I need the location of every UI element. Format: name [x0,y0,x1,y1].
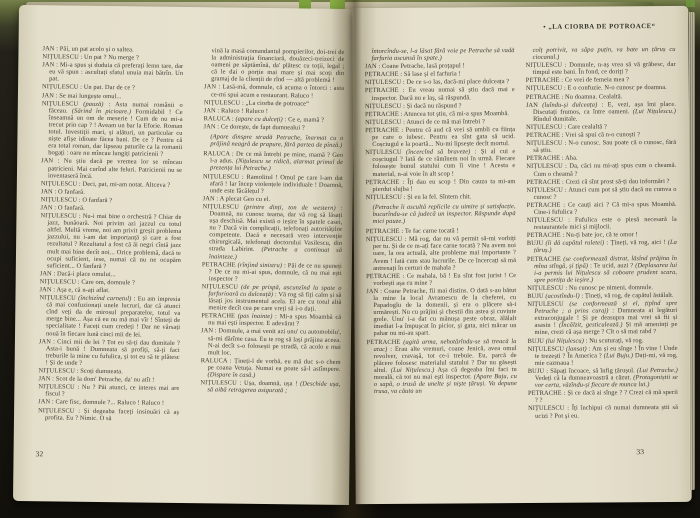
dialogue-paragraph: RALUCA : De ce mă întrebi pe mine, mamă … [203,150,343,173]
dialogue-paragraph: BUJU (acostîndu-l) : Țineți, vă rog, de … [527,292,677,300]
page-number-right: 33 [636,447,644,456]
dialogue-paragraph: PETRACHE : Să lase și el farfuria ! [365,70,515,78]
page-stack-right-edge [689,12,695,490]
bookmark-tab [686,0,695,7]
dialogue-paragraph: NIȚULESCU : Și eu la fel. Sîntem chit. [366,193,516,201]
dialogue-paragraph: vină la masă comandantul pompierilor, do… [204,47,344,84]
dialogue-paragraph: JAN (luîndu-și dulceața) : E, vezi, așa … [526,101,676,123]
dialogue-paragraph: PETRACHE : Ce mahala, bă ! Eu sînt fost … [366,272,516,287]
dialogue-paragraph: NIȚULESCU (printre dinți, ton de western… [202,203,343,261]
dialogue-paragraph: BUJU : Săpați încoace, să înfig țărușul.… [528,367,678,389]
bookmark-tab [330,0,345,9]
dialogue-paragraph: PETRACHE : Ce cauți aici ? Că mi-a spus … [527,201,677,216]
dialogue-paragraph: NIȚULESCU : Atunci de ce mă mai întrebi … [365,118,515,126]
dialogue-paragraph: BUJU (lui Nițulescu) : Nu scuturați, vă … [528,336,678,344]
dialogue-paragraph: PETRACHE : Ce vrei de femeia mea ? [526,76,676,84]
page-number-left: 32 [36,449,44,458]
dialogue-paragraph: NIȚULESCU : Ramolitul ! Omul pe care l-a… [203,173,343,196]
dialogue-paragraph: PETRACHE : Pentru că aud că vrei să umbl… [365,126,515,148]
dialogue-paragraph: PETRACHE : Nu-ți bate joc, că te omor ! [527,231,677,239]
running-header: • „LA CIORBA DE POTROACE“ [520,23,678,31]
dialogue-paragraph: NIȚULESCU : De ce s-o las, dacă-mi place… [365,78,515,86]
dialogue-paragraph: PETRACHE : Îți dau eu scop ! Din cauza t… [365,178,515,193]
dialogue-paragraph: colț potrivit, va săpa puțin, va bate un… [526,46,676,61]
dialogue-paragraph: NIȚULESCU (închizînd carnetul) : Eu am i… [39,294,181,338]
dialogue-paragraph: NIȚULESCU : Nu cunosc pe nimeni, domnule… [527,284,677,292]
dialogue-paragraph: PETRACHE (agită arma, nehotărîndu-se să … [367,338,517,396]
dialogue-paragraph: JAN : Ce dorește, de fapt dumnealui ? [204,123,344,132]
dialogue-paragraph: (Apare dinspre stradă Petrache, înarmat … [203,133,343,149]
dialogue-paragraph: JAN : Nu știu dacă pe vremea lor se mînc… [41,158,182,181]
dialogue-paragraph: PETRACHE : Vrei să spui că n-o cunoști ? [526,131,676,139]
dialogue-paragraph: PETRACHE (pas înainte) : Mi-a spus Moamb… [201,312,341,328]
dialogue-paragraph: RALUCA : Țineți-l de vorbă, eu mă duc s-… [200,357,340,380]
dialogue-paragraph: NIȚULESCU : E o confuzie. N-o cunosc pe … [526,84,676,92]
dialogue-paragraph: NIȚULESCU : Domnule, n-aș vrea să vă gră… [526,61,676,76]
dialogue-paragraph: NIȚULESCU : Care cealaltă ? [526,123,676,131]
dialogue-paragraph: PETRACHE (rînjind sinistru) : Păi de ce … [202,261,342,284]
dialogue-paragraph: NIȚULESCU (se conformează și el, țipînd … [527,300,677,337]
dialogue-paragraph: JAN : Coane Petrache, lasă proțapul ! [365,62,515,70]
dialogue-paragraph: PETRACHE : Te fac carne tocată ! [366,227,516,235]
page-right: • „LA CIORBA DE POTROACE“ întorcîndu-se,… [352,6,691,504]
dialogue-paragraph: PETRACHE : Și ce dacă ai sînge ? ? Crezi… [528,389,678,404]
dialogue-paragraph: NIȚULESCU (de pe prispă, ascunzînd la sp… [201,283,341,313]
dialogue-paragraph: NIȚULESCU : Ușa, doamnă, ușa ! (Deschide… [200,379,340,395]
dialogue-paragraph: NIȚULESCU : Atunci cum pot să știu dacă … [527,186,677,201]
left-page-column-1: JAN : Păi, un pat acolo și o saltea.NIȚU… [38,45,184,445]
dialogue-paragraph: NIȚULESCU : N-o cunosc. Sau poate că o c… [526,139,676,154]
dialogue-paragraph: JAN : Lasă-mă, domnule, că acuma o întor… [204,84,344,100]
dialogue-paragraph: JAN : Domnule, a mai venit azi unu' cu a… [201,328,341,358]
dialogue-paragraph: JAN : Coane Petrache, fii mai distins. O… [366,287,516,338]
dialogue-paragraph: PETRACHE : Crezi că sînt prost să-ți dau… [526,178,676,186]
dialogue-paragraph: NIȚULESCU (lansat) : Am și eu sînge ! În… [528,345,678,367]
dialogue-paragraph: NIȚULESCU : Și degeaba faceți insinuări … [38,407,179,423]
dialogue-paragraph: PETRACHE : Atuncea tot știu, că mi-a spu… [365,110,515,118]
left-page-column-2: vină la masă comandantul pompierilor, do… [200,47,345,447]
dialogue-paragraph: NIȚULESCU : Îți închipui că numai dumnea… [528,404,678,419]
dialogue-paragraph: (Petrache îi ascultă replicile cu uimire… [366,203,516,225]
dialogue-paragraph: PETRACHE (se conformează distrat, lăsînd… [527,254,677,283]
dialogue-paragraph: PETRACHE : Nu doamna. Cealaltă. [526,92,676,100]
dialogue-paragraph: NIȚULESCU : Da, căci nu mi-ați spus cum … [526,162,676,177]
dialogue-paragraph: întorcîndu-se, l-a lăsat fără voie pe Pe… [365,47,515,62]
dialogue-paragraph: NIȚULESCU : Mă rog, dar nu vă permit să-… [366,235,516,272]
dialogue-paragraph: NIȚULESCU : Nu-i mai bine o orchestră ? … [40,212,182,270]
dialogue-paragraph: NIȚULESCU : Fufulica este o piesă necesa… [527,216,677,231]
dialogue-paragraph: NIȚULESCU : Nu ? Păi atunci, ce interes … [38,383,179,399]
dialogue-paragraph: NIȚULESCU (pauză) : Asta numai românii o… [41,100,183,158]
dialogue-paragraph: NIȚULESCU : Și dacă nu răspund ? [365,102,515,110]
page-left: JAN : Păi, un pat acolo și o saltea.NIȚU… [13,5,355,505]
right-page-column-2: colț potrivit, va săpa puțin, va bate un… [526,46,679,445]
dialogue-paragraph: NIȚULESCU (încercînd să braveze) : Și al… [365,148,515,177]
dialogue-paragraph: PETRACHE : Aha. [526,154,676,162]
dialogue-paragraph: PETRACHE : Eu vreau numai să știu dacă m… [365,87,515,102]
right-page-column-1: întorcîndu-se, l-a lăsat fără voie pe Pe… [365,47,518,446]
dialogue-paragraph: JAN : Mi-a spus și duduia că preferați l… [42,61,183,84]
dialogue-paragraph: BUJU (îi dă capătul ruletei) : Țineți, v… [527,239,677,254]
dialogue-paragraph: JAN : Cinci mii de lei ? Tot eu să-ți da… [39,338,180,368]
